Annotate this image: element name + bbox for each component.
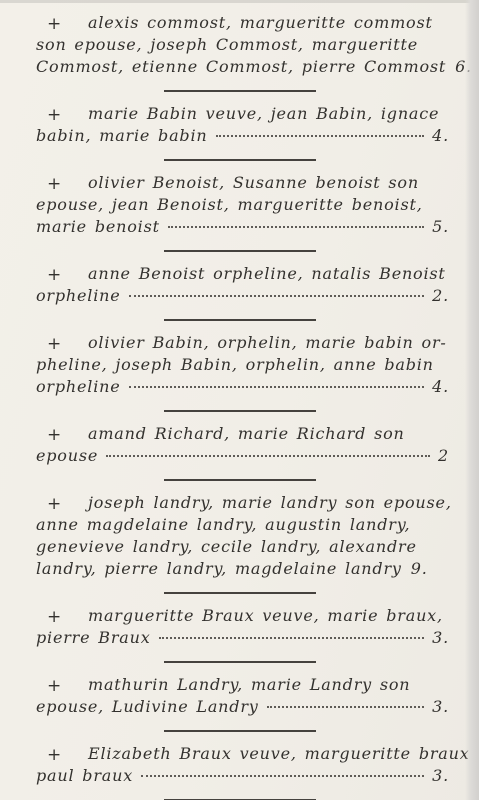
household-count: 2. [432,285,449,307]
separator-line [164,159,316,161]
cross-mark: + [47,13,62,35]
entry-text: pierre Braux [36,627,151,649]
household-count: 4. [432,376,449,398]
entry-line: genevieve landry, cecile landry, alexand… [0,536,479,558]
entry-text: marie Babin veuve, jean Babin, ignace [88,104,439,123]
register-entry: +anne Benoist orpheline, natalis Benoist… [0,257,479,313]
household-count: 3. [432,765,449,787]
scan-edge-top [0,0,479,3]
cross-mark: + [47,424,62,446]
cross-mark: + [47,493,62,515]
register-entry: +mathurin Landry, marie Landry sonepouse… [0,668,479,724]
entry-line: pheline, joseph Babin, orphelin, anne ba… [0,354,479,376]
separator-line [164,319,316,321]
entry-text: olivier Babin, orphelin, marie babin or- [88,333,447,352]
entry-text: margueritte Braux veuve, marie braux, [88,606,443,625]
household-count: 2 [438,445,449,467]
entry-text: paul braux [36,765,133,787]
entry-text: genevieve landry, cecile landry, alexand… [36,537,417,556]
entry-line: pierre Braux3. [0,627,479,649]
dotted-leader [159,637,425,639]
entry-line: +olivier Benoist, Susanne benoist son [0,172,479,194]
entry-text: Elizabeth Braux veuve, margueritte braux [88,744,470,763]
entry-text: olivier Benoist, Susanne benoist son [88,173,419,192]
entry-text: amand Richard, marie Richard son [88,424,405,443]
entry-line: +alexis commost, margueritte commost [0,12,479,34]
entry-text: son epouse, joseph Commost, margueritte [36,35,418,54]
household-count: 3. [432,696,449,718]
separator-line [164,730,316,732]
entry-line: +margueritte Braux veuve, marie braux, [0,605,479,627]
separator-line [164,592,316,594]
entry-text: orpheline [36,376,121,398]
household-count: 4. [432,125,449,147]
cross-mark: + [47,606,62,628]
entry-text: orpheline [36,285,121,307]
entry-text: marie benoist [36,216,160,238]
cross-mark: + [47,675,62,697]
register-entry: +amand Richard, marie Richard sonepouse2 [0,417,479,473]
entry-text: landry, pierre landry, magdelaine landry [36,558,402,580]
entry-text: babin, marie babin [36,125,208,147]
entry-line: +Elizabeth Braux veuve, margueritte brau… [0,743,479,765]
household-count: 6. [455,56,472,78]
register-entry: +olivier Benoist, Susanne benoist sonepo… [0,166,479,244]
dotted-leader [216,135,425,137]
cross-mark: + [47,104,62,126]
entry-line: +amand Richard, marie Richard son [0,423,479,445]
household-count: 9. [411,558,428,580]
entry-line: +joseph landry, marie landry son epouse, [0,492,479,514]
entry-line: son epouse, joseph Commost, margueritte [0,34,479,56]
dotted-leader [141,775,424,777]
entry-line: orpheline4. [0,376,479,398]
entry-line: +olivier Babin, orphelin, marie babin or… [0,332,479,354]
entry-text: anne Benoist orpheline, natalis Benoist [88,264,446,283]
entry-text: pheline, joseph Babin, orphelin, anne ba… [36,355,434,374]
entry-line: babin, marie babin4. [0,125,479,147]
dotted-leader [129,386,425,388]
entry-line: epouse, Ludivine Landry3. [0,696,479,718]
dotted-leader [106,455,430,457]
entry-line: +anne Benoist orpheline, natalis Benoist [0,263,479,285]
entry-text: epouse [36,445,98,467]
household-count: 5. [432,216,449,238]
entry-line: +mathurin Landry, marie Landry son [0,674,479,696]
entry-text: alexis commost, margueritte commost [88,13,433,32]
entry-line: paul braux3. [0,765,479,787]
register-entry: +Elizabeth Braux veuve, margueritte brau… [0,737,479,793]
register-page: +alexis commost, margueritte commostson … [0,0,479,800]
cross-mark: + [47,744,62,766]
entry-line: epouse, jean Benoist, margueritte benois… [0,194,479,216]
entries-list: +alexis commost, margueritte commostson … [0,6,479,800]
entry-line: marie benoist5. [0,216,479,238]
entry-text: joseph landry, marie landry son epouse, [88,493,452,512]
entry-text: epouse, Ludivine Landry [36,696,259,718]
register-entry: +margueritte Braux veuve, marie braux,pi… [0,599,479,655]
entry-line: landry, pierre landry, magdelaine landry… [0,558,479,580]
entry-line: epouse2 [0,445,479,467]
dotted-leader [267,706,425,708]
household-count: 3. [432,627,449,649]
separator-line [164,661,316,663]
entry-text: anne magdelaine landry, augustin landry, [36,515,410,534]
register-entry: +alexis commost, margueritte commostson … [0,6,479,84]
entry-text: epouse, jean Benoist, margueritte benois… [36,195,423,214]
register-entry: +marie Babin veuve, jean Babin, ignaceba… [0,97,479,153]
entry-line: orpheline2. [0,285,479,307]
separator-line [164,479,316,481]
register-entry: +olivier Babin, orphelin, marie babin or… [0,326,479,404]
entry-line: Commost, etienne Commost, pierre Commost… [0,56,479,78]
dotted-leader [129,295,425,297]
cross-mark: + [47,173,62,195]
cross-mark: + [47,333,62,355]
entry-line: +marie Babin veuve, jean Babin, ignace [0,103,479,125]
separator-line [164,250,316,252]
cross-mark: + [47,264,62,286]
register-entry: +joseph landry, marie landry son epouse,… [0,486,479,586]
separator-line [164,410,316,412]
dotted-leader [168,226,424,228]
entry-line: anne magdelaine landry, augustin landry, [0,514,479,536]
entry-text: Commost, etienne Commost, pierre Commost [36,56,446,78]
entry-text: mathurin Landry, marie Landry son [88,675,410,694]
separator-line [164,90,316,92]
